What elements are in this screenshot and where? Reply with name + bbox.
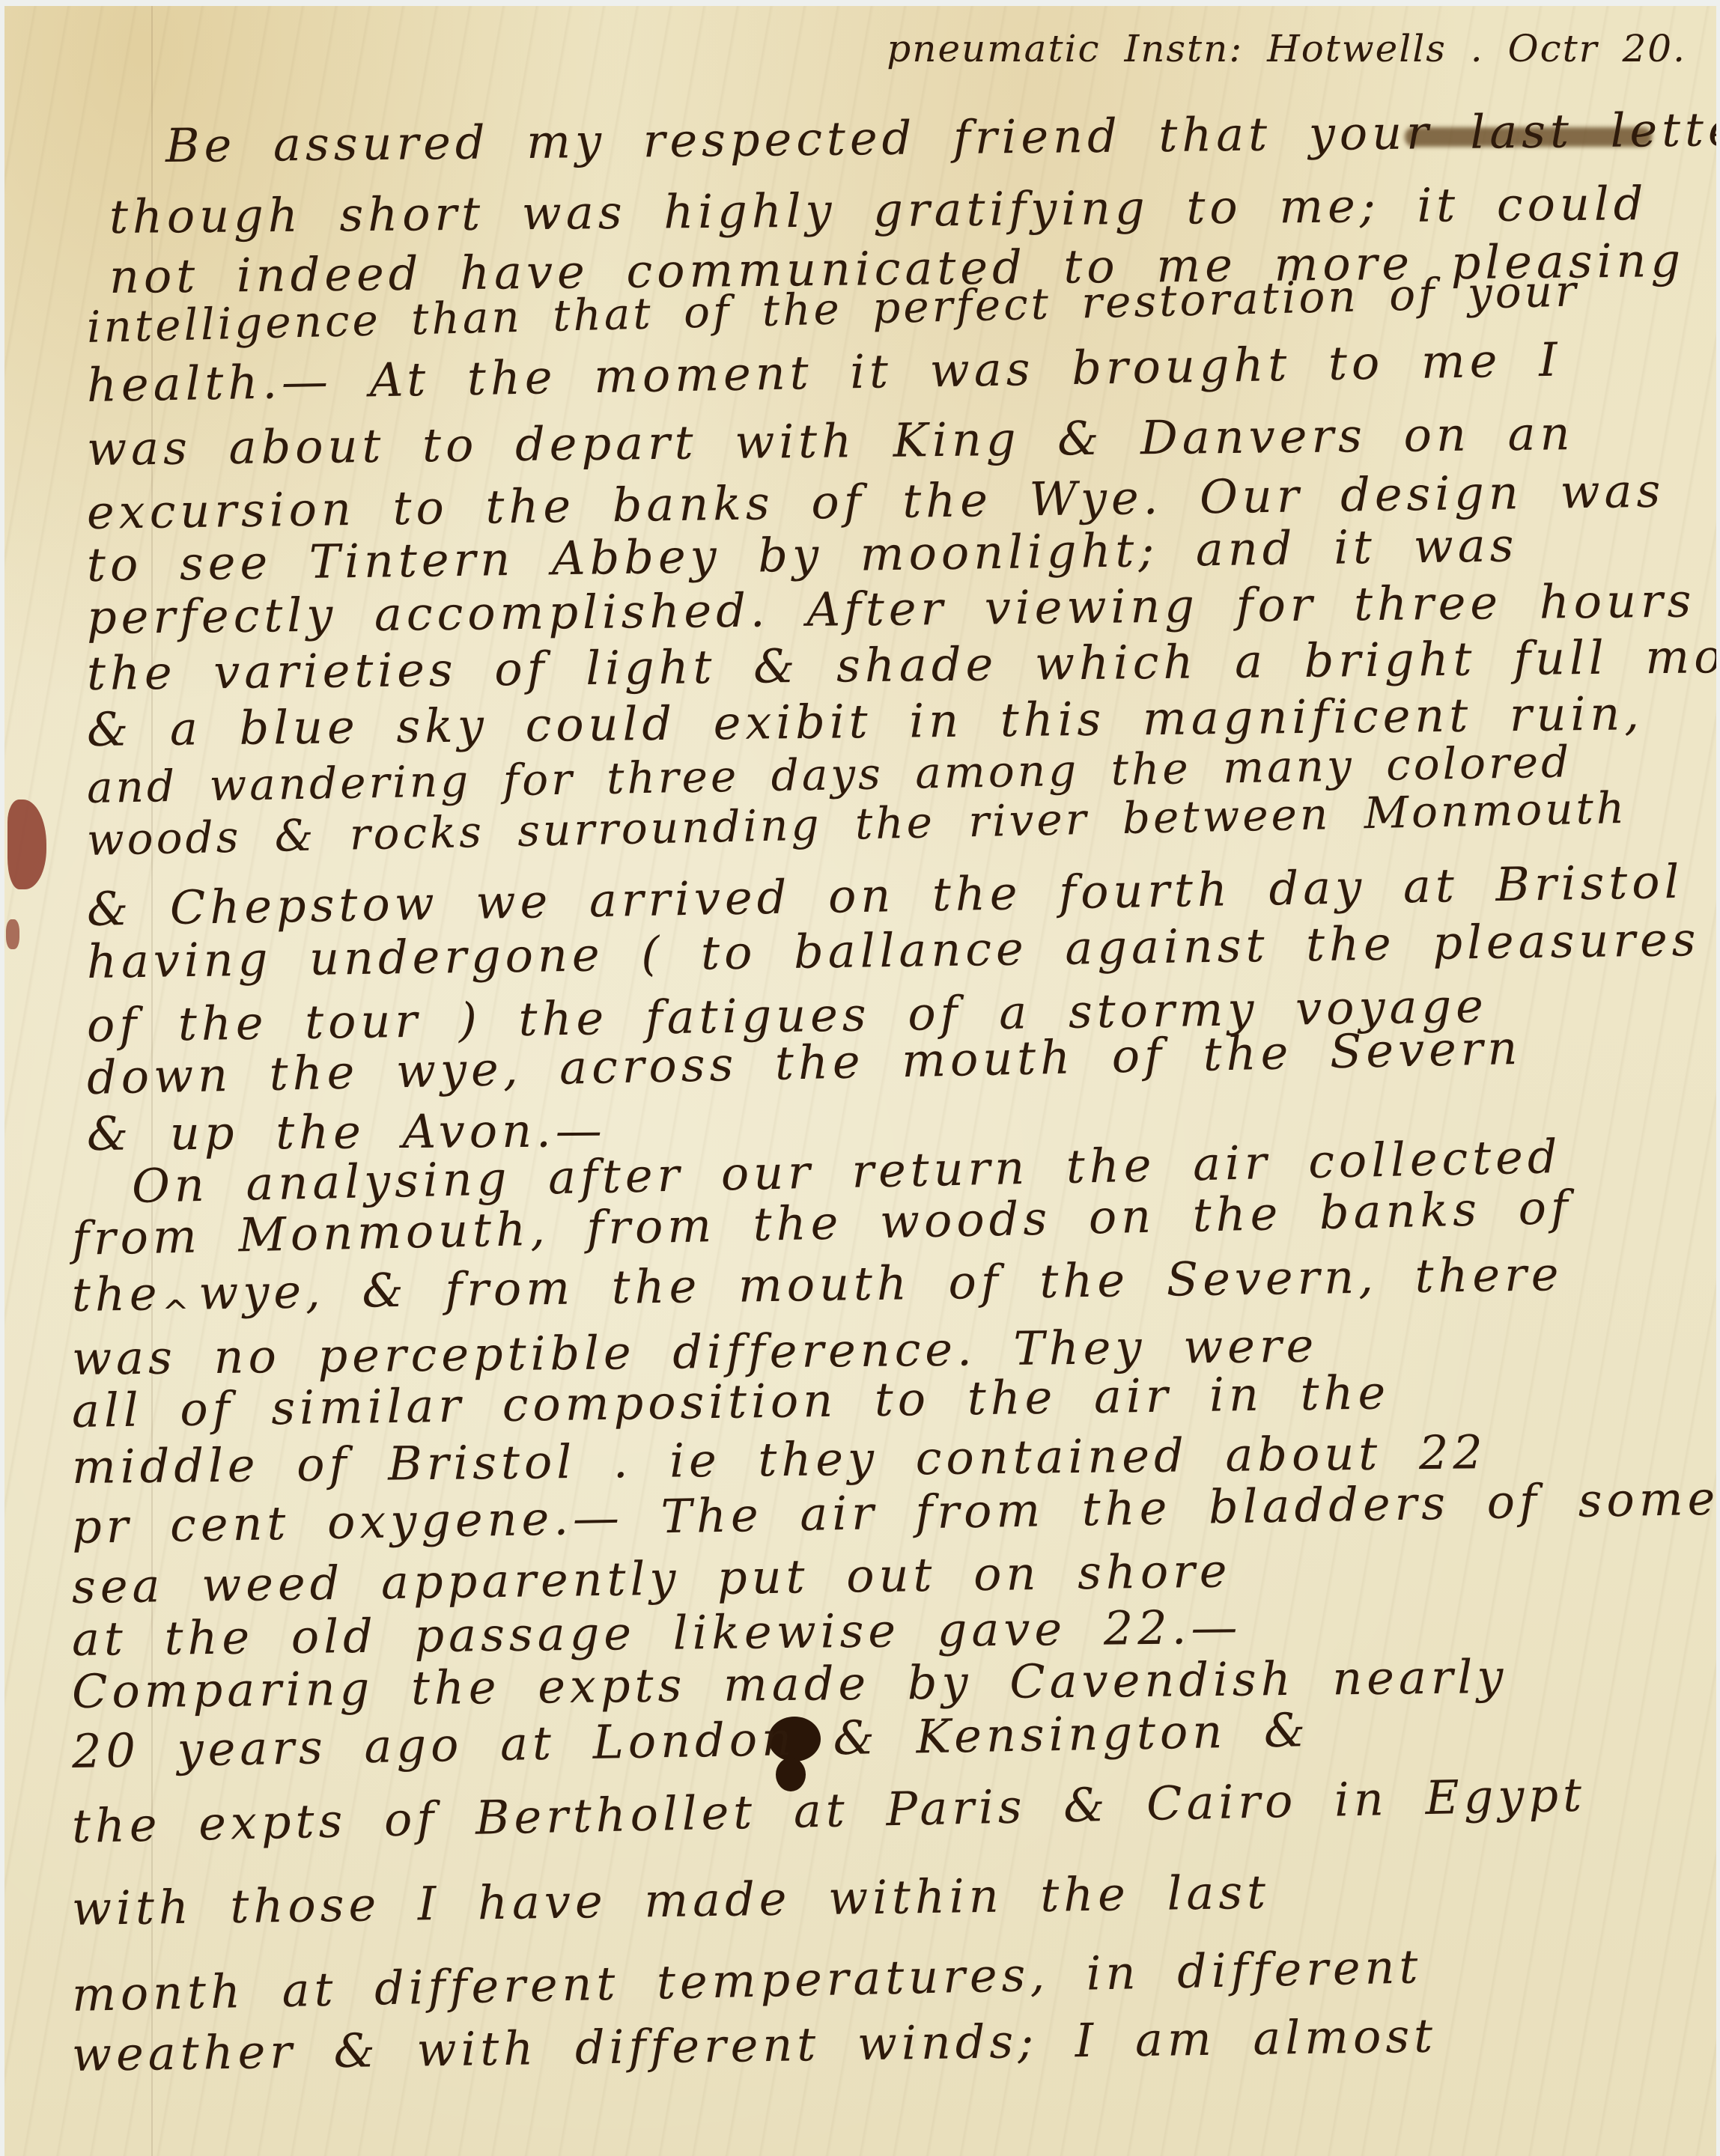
wax-seal-stain [7, 800, 46, 889]
letter-line: with those I have made within the last [71, 1865, 1270, 1936]
letter-line: weather & with different winds; I am alm… [71, 2009, 1437, 2082]
letter-line: though short was highly gratifying to me… [109, 176, 1648, 244]
letter-line: Be assured my respected friend that your… [165, 102, 1716, 173]
letter-line: the expts of Berthollet at Paris & Cairo… [71, 1767, 1586, 1854]
letter-heading: pneumatic Instn: Hotwells . Octr 20. [887, 27, 1686, 70]
letter-page: pneumatic Instn: Hotwells . Octr 20. Be … [4, 6, 1716, 2156]
letter-line: was about to depart with King & Danvers … [87, 406, 1575, 476]
letter-line: month at different temperatures, in diff… [71, 1939, 1423, 2022]
wax-seal-stain [6, 919, 19, 949]
insertion-caret: ^ [162, 1294, 189, 1332]
